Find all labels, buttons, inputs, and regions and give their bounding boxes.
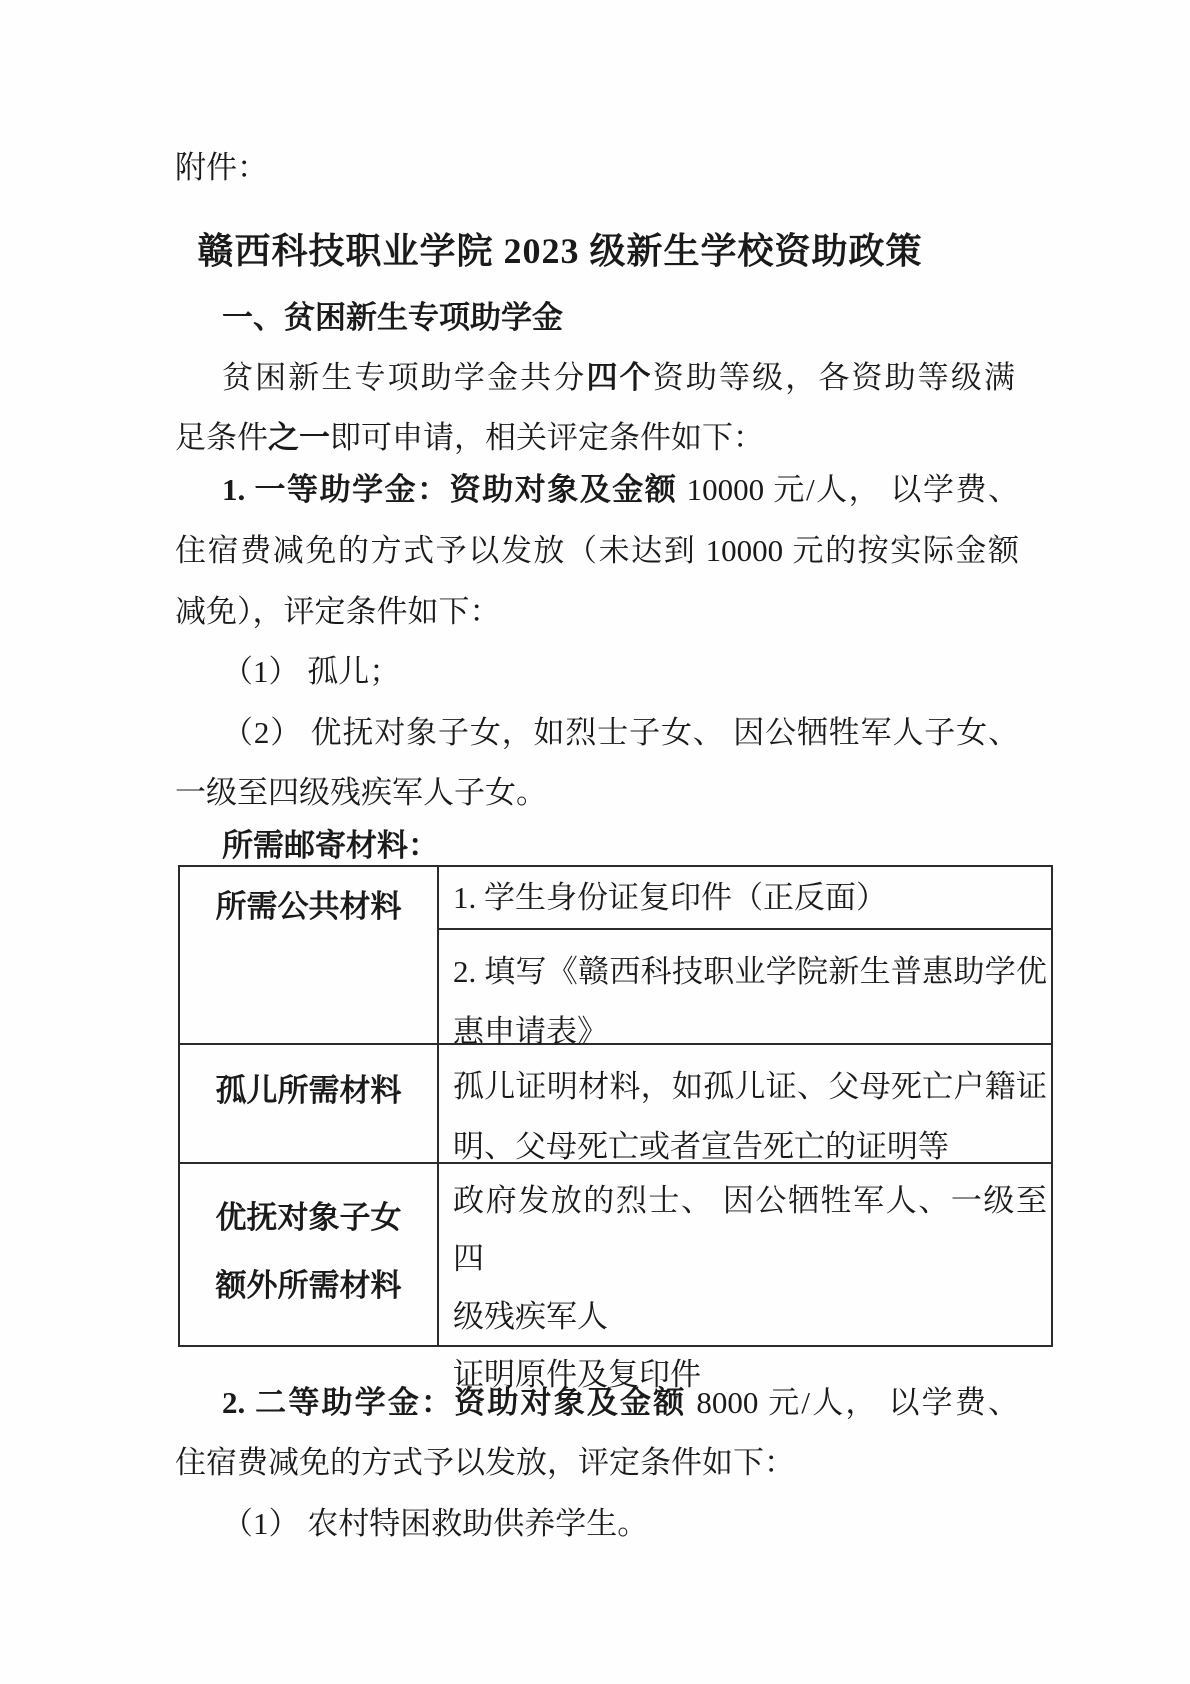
table-cell-line: 级残疾军人	[453, 1288, 1047, 1346]
table-header-line: 优抚对象子女	[180, 1184, 437, 1252]
table-cell-line: 2. 填写《赣西科技职业学院新生普惠助学优	[453, 942, 1047, 1002]
mail-materials-heading: 所需邮寄材料：	[222, 826, 439, 867]
table-cell: 孤儿证明材料，如孤儿证、父母死亡户籍证 明、父母死亡或者宣告死亡的证明等	[441, 1045, 1051, 1174]
table-header-orphan-materials: 孤儿所需材料	[180, 1045, 437, 1182]
paragraph-line: 贫困新生专项助学金共分四个资助等级，各资助等级满	[222, 358, 1015, 399]
document-title: 赣西科技职业学院 2023 级新生学校资助政策	[0, 228, 1120, 276]
table-cell-line: 孤儿证明材料，如孤儿证、父母死亡户籍证	[453, 1057, 1047, 1117]
table-cell: 2. 填写《赣西科技职业学院新生普惠助学优 惠申请表》	[441, 930, 1051, 1055]
paragraph-line: 1. 一等助学金：资助对象及金额 10000 元/人， 以学费、	[222, 470, 1019, 511]
text-run: 即可申请，相关评定条件如下：	[330, 420, 764, 455]
section-heading: 一、贫困新生专项助学金	[222, 298, 563, 339]
list-item-continuation: 一级至四级残疾军人子女。	[175, 773, 547, 814]
attachment-label: 附件：	[175, 148, 268, 189]
text-run: 足条件	[175, 420, 268, 455]
text-run-bold: 四个	[586, 360, 652, 395]
text-run: 10000 元/人， 以学费、	[677, 472, 1019, 507]
table-column-divider	[437, 867, 439, 1345]
document-page: 附件： 赣西科技职业学院 2023 级新生学校资助政策 一、贫困新生专项助学金 …	[0, 0, 1190, 1684]
table-header-line: 额外所需材料	[180, 1252, 437, 1320]
mail-materials-table: 所需公共材料 1. 学生身份证复印件（正反面） 2. 填写《赣西科技职业学院新生…	[178, 865, 1053, 1347]
text-run-bold: 之一	[268, 420, 330, 455]
table-header-bereaved-materials: 优抚对象子女 额外所需材料	[180, 1164, 437, 1365]
list-item: （1） 农村特困救助供养学生。	[222, 1504, 648, 1545]
paragraph-line: 住宿费减免的方式予以发放，评定条件如下：	[175, 1443, 795, 1484]
paragraph-line: 减免），评定条件如下：	[175, 592, 501, 633]
paragraph-line: 住宿费减免的方式予以发放（未达到 10000 元的按实际金额	[175, 531, 1019, 572]
paragraph-line: 足条件之一即可申请，相关评定条件如下：	[175, 418, 764, 459]
table-cell: 政府发放的烈士、 因公牺牲军人、一级至四 级残疾军人 证明原件及复印件	[441, 1164, 1051, 1353]
text-run: 8000 元/人， 以学费、	[686, 1385, 1019, 1420]
table-cell: 1. 学生身份证复印件（正反面）	[441, 867, 1051, 928]
paragraph-line: 2. 二等助学金：资助对象及金额 8000 元/人， 以学费、	[222, 1383, 1019, 1424]
list-item: （2） 优抚对象子女，如烈士子女、 因公牺牲军人子女、	[222, 713, 1019, 754]
text-run-bold: 2. 二等助学金：资助对象及金额	[222, 1385, 686, 1420]
table-header-common-materials: 所需公共材料	[180, 867, 437, 1057]
text-run-bold: 1. 一等助学金：资助对象及金额	[222, 472, 677, 507]
table-cell-line: 政府发放的烈士、 因公牺牲军人、一级至四	[453, 1172, 1047, 1288]
text-run: 资助等级，各资助等级满	[653, 360, 1015, 395]
text-run: 贫困新生专项助学金共分	[222, 360, 586, 395]
list-item: （1） 孤儿；	[222, 652, 400, 693]
